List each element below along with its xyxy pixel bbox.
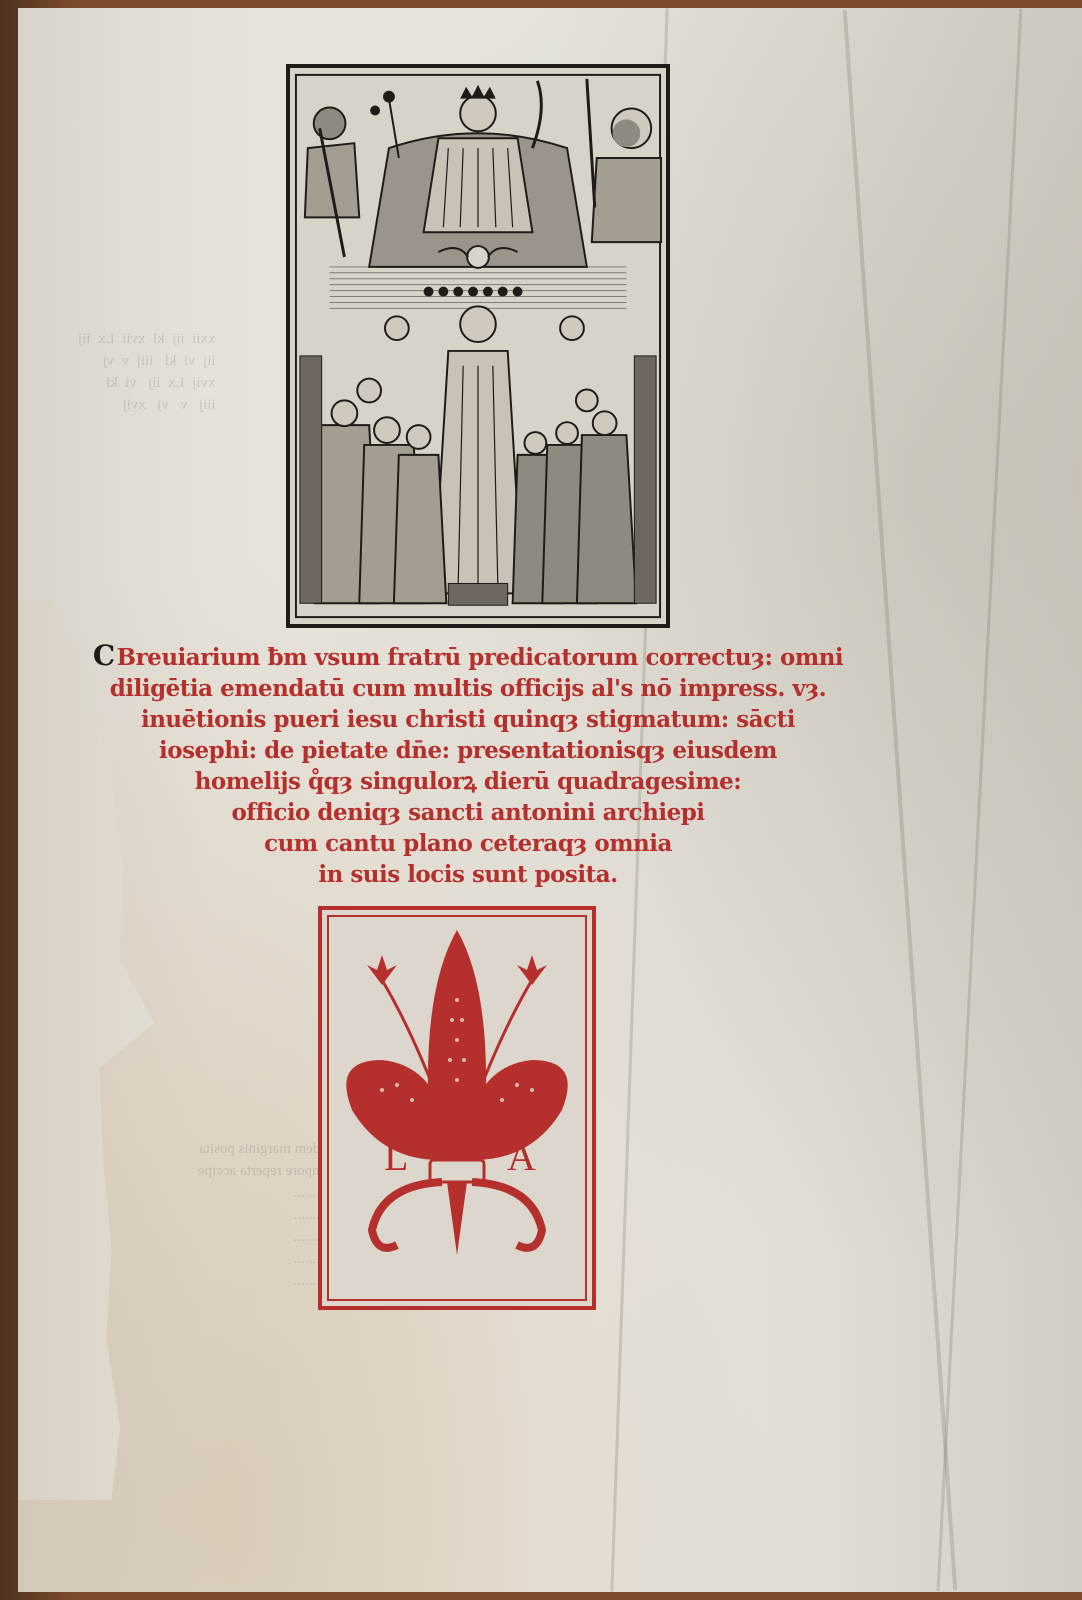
woodcut-image <box>290 68 666 624</box>
page-crease <box>937 9 1023 1591</box>
initial-letter: C <box>93 639 115 672</box>
title-line-3: inuētionis pueri iesu christi quinqȝ sti… <box>88 704 848 735</box>
device-letter-left: L <box>384 1134 408 1179</box>
page-crease <box>843 10 957 1590</box>
fleur-de-lis-icon: L A <box>322 910 592 1306</box>
book-title: CBreuiarium ƀm vsum fratrū predicatorum … <box>88 640 848 890</box>
printers-device: L A <box>318 906 596 1310</box>
title-line-1: CBreuiarium ƀm vsum fratrū predicatorum … <box>88 640 848 673</box>
title-line-5: homelijs q̊qȝ singulorꝝ dierū quadragesi… <box>88 766 848 797</box>
show-through-text: xxii iij kl xvii Lx iij iij vi kl iiij v… <box>78 328 216 416</box>
woodcut-illustration <box>286 64 670 628</box>
title-line-2: diligētia emendatū cum multis officijs a… <box>88 673 848 704</box>
title-line-8: in suis locis sunt posita. <box>88 859 848 890</box>
device-letter-right: A <box>507 1134 536 1179</box>
title-line-4: iosephi: de pietate dn̄e: presentationis… <box>88 735 848 766</box>
title-line-6: officio deniqȝ sancti antonini archiepi <box>88 797 848 828</box>
title-line-7: cum cantu plano ceteraqȝ omnia <box>88 828 848 859</box>
